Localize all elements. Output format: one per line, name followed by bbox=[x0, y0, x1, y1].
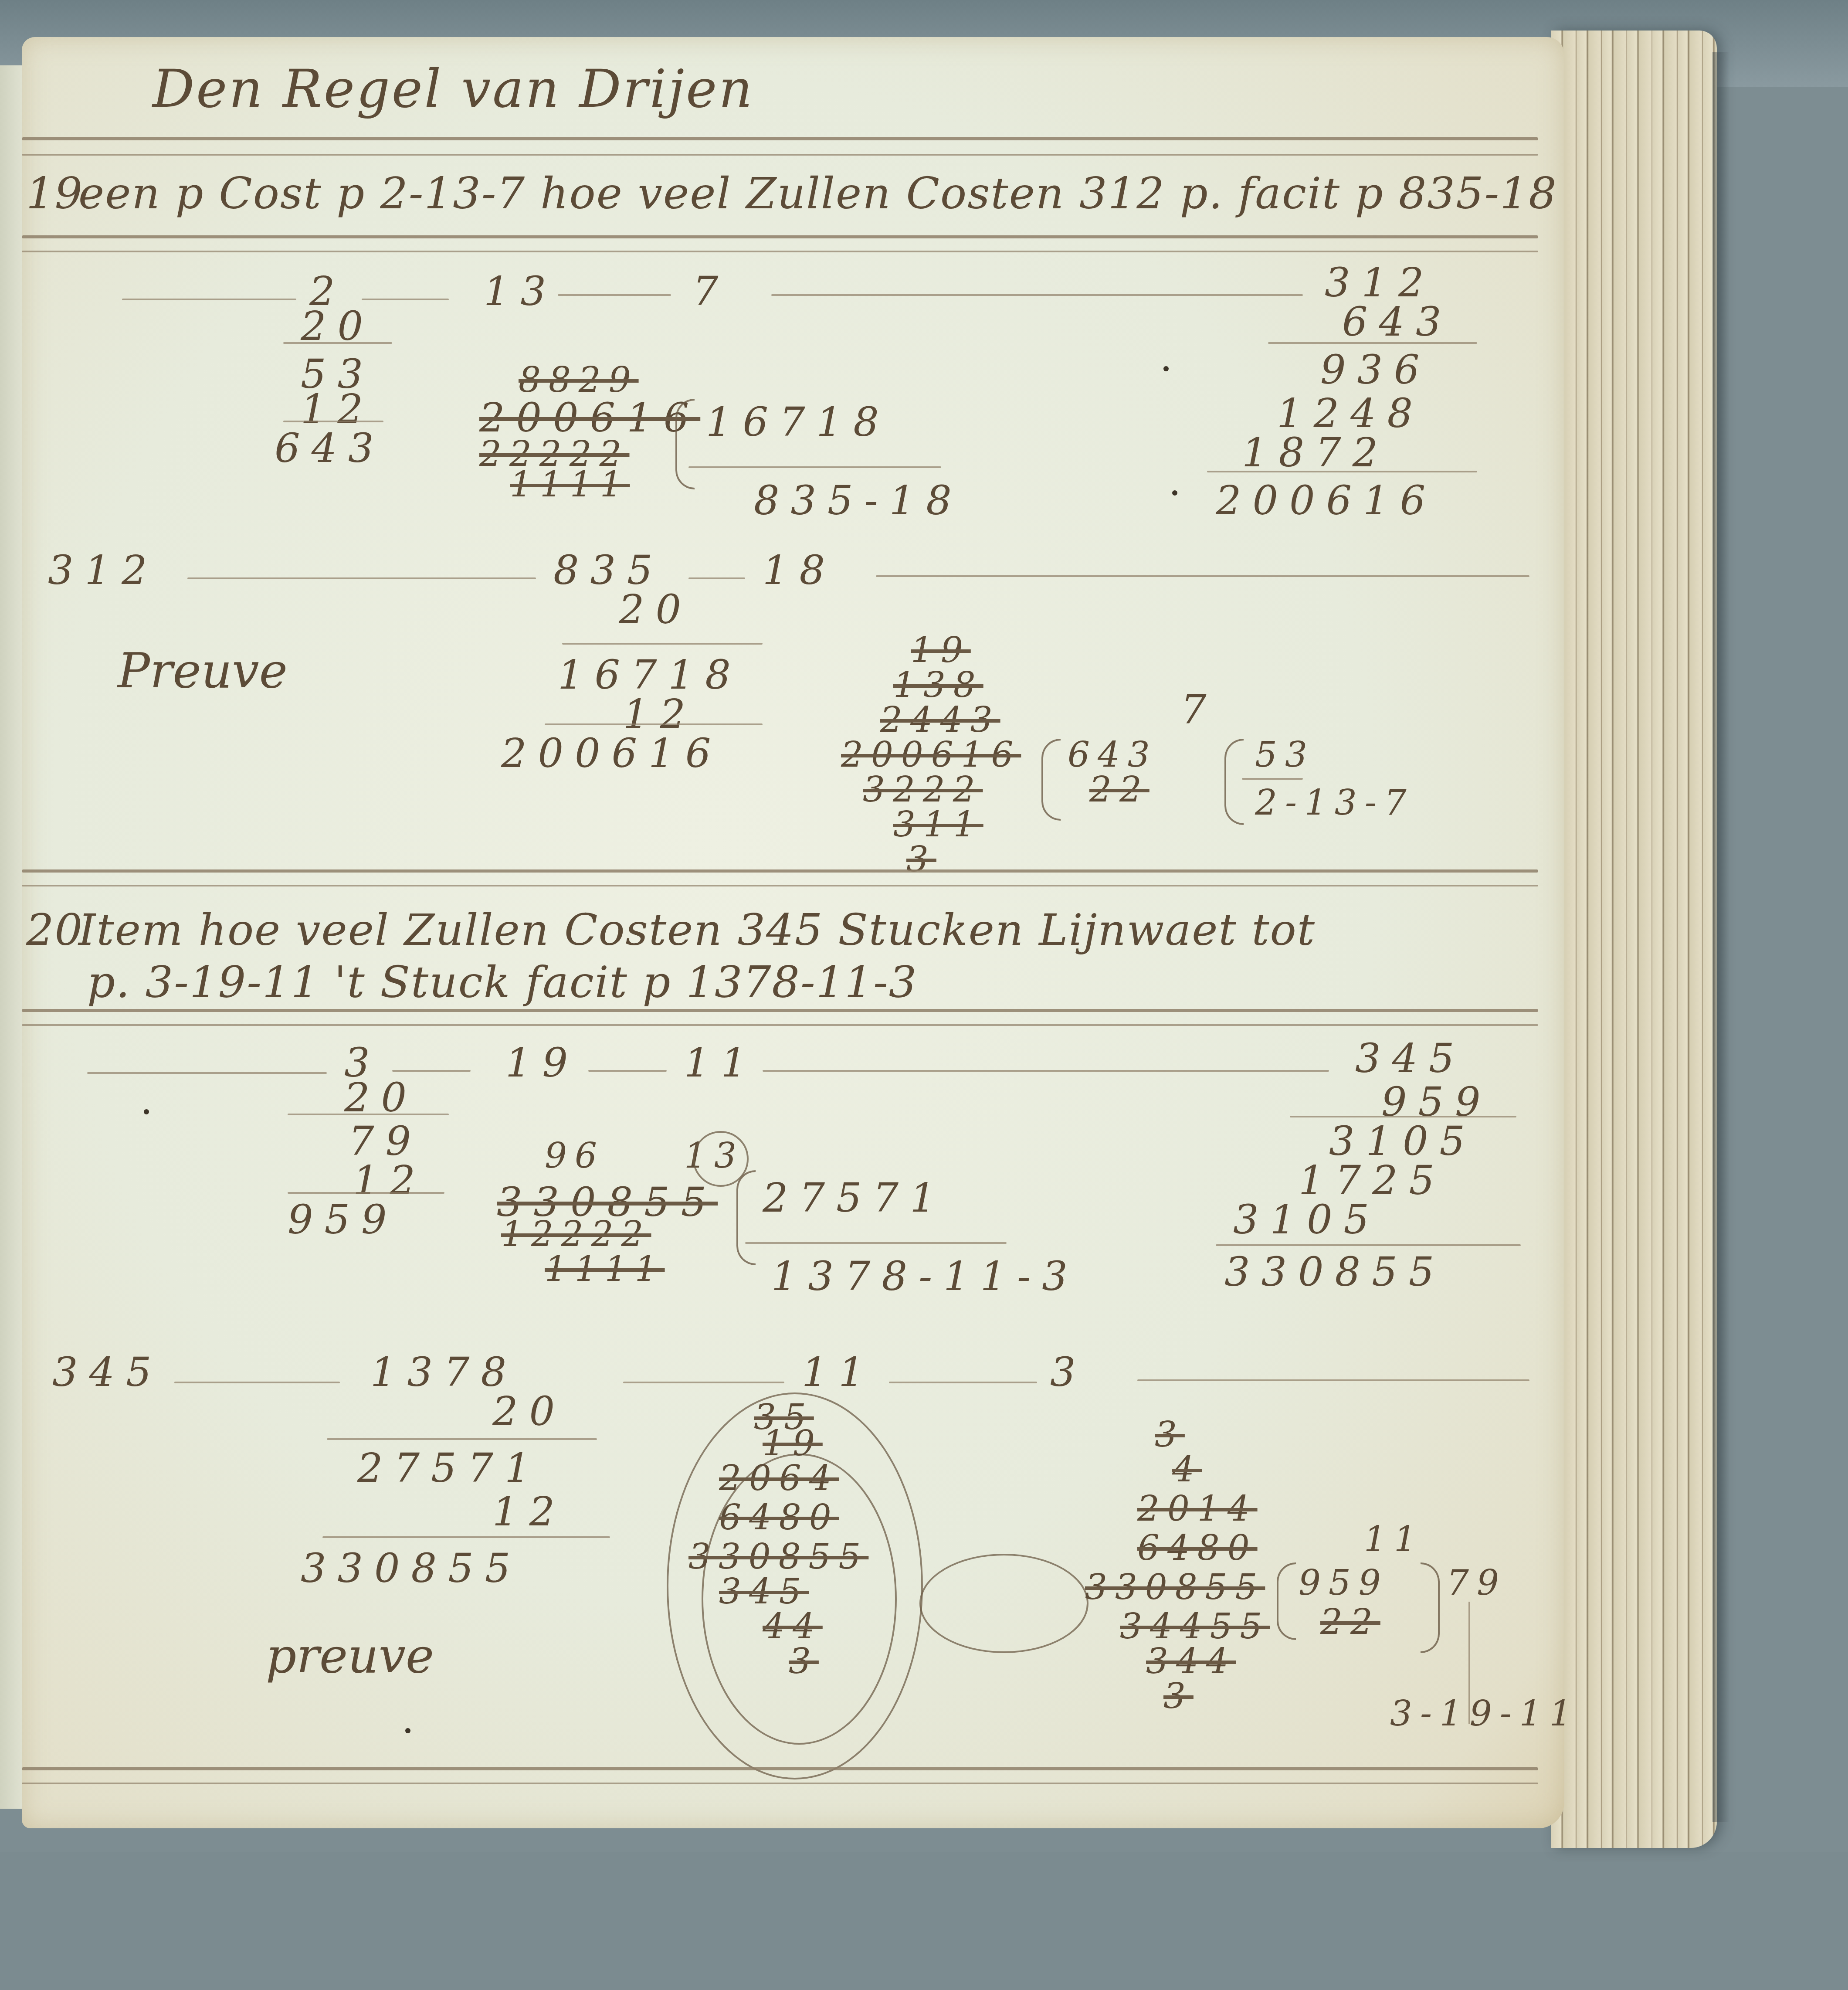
setup-shillings: 13 bbox=[484, 268, 557, 315]
problem-19-number: 19 bbox=[26, 168, 83, 219]
problem-20-rule-bottom bbox=[22, 1009, 1538, 1012]
setup-dash bbox=[771, 294, 1303, 296]
proof-step: 330855 bbox=[301, 1545, 522, 1592]
setup-dash bbox=[122, 299, 296, 300]
manuscript-page: Den Regel van Drijen 19 een p Cost p 2-1… bbox=[22, 37, 1564, 1828]
proof-quantity: 312 bbox=[48, 547, 159, 594]
division-line bbox=[688, 466, 941, 468]
bottom-rule-2 bbox=[22, 1783, 1538, 1784]
proof-step-line bbox=[322, 1536, 610, 1538]
proof-step: 12 bbox=[492, 1488, 566, 1535]
problem-20-rule-top bbox=[22, 869, 1538, 873]
mult-line bbox=[1216, 1244, 1521, 1246]
proof-dash bbox=[623, 1382, 784, 1383]
division-result: 835-18 bbox=[754, 477, 963, 524]
proof-dash bbox=[688, 577, 745, 579]
setup-quantity: 345 bbox=[1355, 1035, 1466, 1082]
conversion-pence: 959 bbox=[288, 1196, 398, 1243]
bottom-rule bbox=[22, 1767, 1538, 1770]
problem-19-rule-top bbox=[22, 235, 1538, 238]
division-result: 1378-11-3 bbox=[771, 1253, 1079, 1300]
mult-partial: 1872 bbox=[1242, 429, 1389, 476]
setup-dash bbox=[362, 299, 449, 300]
division-quotient: 27571 bbox=[763, 1175, 947, 1221]
problem-20-question-line-1: Item hoe veel Zullen Costen 345 Stucken … bbox=[78, 904, 1316, 955]
mult-line bbox=[1207, 471, 1477, 472]
proof-dash bbox=[876, 575, 1529, 577]
proof-step: 200616 bbox=[501, 730, 722, 777]
proof-dash bbox=[187, 577, 536, 579]
oval-scratch: 6480 bbox=[719, 1497, 839, 1538]
division-bracket bbox=[736, 1170, 756, 1265]
proof-step-line bbox=[327, 1438, 597, 1440]
conversion-line bbox=[288, 1192, 444, 1194]
mult-partial: 3105 bbox=[1233, 1196, 1380, 1243]
ink-dot bbox=[1172, 490, 1177, 496]
conversion-line bbox=[288, 1114, 449, 1115]
division-quotient: 16718 bbox=[706, 399, 890, 445]
right-scratch: 6480 bbox=[1137, 1528, 1258, 1568]
ink-dot bbox=[1163, 366, 1169, 371]
heading-rule-bottom bbox=[22, 154, 1538, 156]
problem-20-rule-bottom-2 bbox=[22, 1024, 1538, 1026]
proof-bracket bbox=[1421, 1562, 1440, 1653]
problem-20-question-line-2: p. 3-19-11 't Stuck facit p 1378-11-3 bbox=[87, 957, 917, 1008]
setup-dash bbox=[558, 294, 671, 296]
proof-shillings: 18 bbox=[763, 547, 836, 594]
conversion-line bbox=[283, 342, 392, 344]
page-heading: Den Regel van Drijen bbox=[153, 59, 754, 119]
right-scratch: 4 bbox=[1172, 1449, 1202, 1490]
proof-step-line bbox=[562, 643, 763, 645]
problem-19-rule-bottom bbox=[22, 251, 1538, 252]
proof-quotient-side: 79 bbox=[1447, 1562, 1507, 1603]
page-edge-shadow bbox=[1712, 52, 1730, 1822]
setup-dash bbox=[87, 1072, 327, 1074]
problem-20-rule-top-2 bbox=[22, 885, 1538, 886]
oval-scratch: 3 bbox=[789, 1641, 819, 1681]
proof-bracket bbox=[1277, 1562, 1296, 1640]
ink-dot bbox=[144, 1109, 149, 1114]
proof-result: 2-13-7 bbox=[1255, 782, 1414, 823]
proof-scratch: 3 bbox=[906, 839, 936, 880]
proof-label: Preuve bbox=[118, 643, 288, 699]
right-scratch: 330855 bbox=[1085, 1567, 1265, 1607]
mult-product: 200616 bbox=[1216, 477, 1437, 524]
proof-quotient-top: 7 bbox=[1181, 686, 1218, 733]
setup-pence: 7 bbox=[693, 268, 730, 315]
proof-dash bbox=[1137, 1379, 1529, 1381]
mult-line bbox=[1290, 1116, 1516, 1117]
background-bottom bbox=[0, 1852, 1848, 1990]
proof-quotient-top: 11 bbox=[1364, 1519, 1424, 1559]
proof-divisor-sub: 22 bbox=[1089, 769, 1149, 810]
mult-line bbox=[1268, 342, 1477, 344]
setup-dash bbox=[588, 1070, 667, 1072]
proof-bracket bbox=[1041, 739, 1061, 821]
problem-20-number: 20 bbox=[26, 904, 83, 955]
proof-step: 20 bbox=[492, 1388, 566, 1435]
proof-quantity: 345 bbox=[52, 1349, 163, 1396]
mult-multiplier: 643 bbox=[1342, 299, 1453, 345]
proof-divisor: 959 bbox=[1299, 1562, 1389, 1603]
right-scratch: 2014 bbox=[1137, 1488, 1258, 1529]
conversion-line bbox=[283, 421, 383, 422]
division-line bbox=[745, 1242, 1007, 1244]
proof-pence: 3 bbox=[1050, 1349, 1087, 1396]
proof-dash bbox=[889, 1382, 1037, 1383]
problem-19-question: een p Cost p 2-13-7 hoe veel Zullen Cost… bbox=[78, 168, 1557, 219]
setup-shillings: 19 bbox=[505, 1039, 579, 1086]
setup-pence: 11 bbox=[684, 1039, 758, 1086]
mult-product: 330855 bbox=[1224, 1249, 1445, 1295]
proof-dash bbox=[174, 1382, 340, 1383]
ink-dot bbox=[405, 1728, 410, 1733]
proof-bracket bbox=[1224, 739, 1244, 825]
division-bracket bbox=[675, 399, 695, 489]
proof-shillings: 11 bbox=[802, 1349, 875, 1396]
setup-dash bbox=[392, 1070, 471, 1072]
proof-step-line bbox=[545, 723, 763, 725]
scratch-oval-small bbox=[919, 1554, 1088, 1653]
oval-scratch: 2064 bbox=[719, 1458, 839, 1498]
proof-label: preuve bbox=[266, 1628, 434, 1684]
proof-fraction-line bbox=[1242, 778, 1303, 780]
mult-partial: 936 bbox=[1320, 346, 1431, 393]
proof-step: 20 bbox=[619, 586, 692, 633]
division-carry-row: 1111 bbox=[545, 1249, 665, 1289]
division-scratch: 96 bbox=[545, 1135, 605, 1176]
proof-step: 27571 bbox=[357, 1445, 542, 1491]
proof-divisor-sub: 22 bbox=[1320, 1602, 1380, 1642]
page-edge-stack bbox=[1551, 31, 1717, 1848]
conversion-pence: 643 bbox=[275, 425, 385, 472]
proof-result: 3-19-11 bbox=[1390, 1693, 1580, 1734]
proof-quotient-mid: 53 bbox=[1255, 734, 1315, 775]
heading-rule-top bbox=[22, 137, 1538, 140]
division-carry-row: 1111 bbox=[510, 464, 630, 505]
right-scratch: 3 bbox=[1163, 1676, 1194, 1716]
setup-dash bbox=[763, 1070, 1329, 1072]
